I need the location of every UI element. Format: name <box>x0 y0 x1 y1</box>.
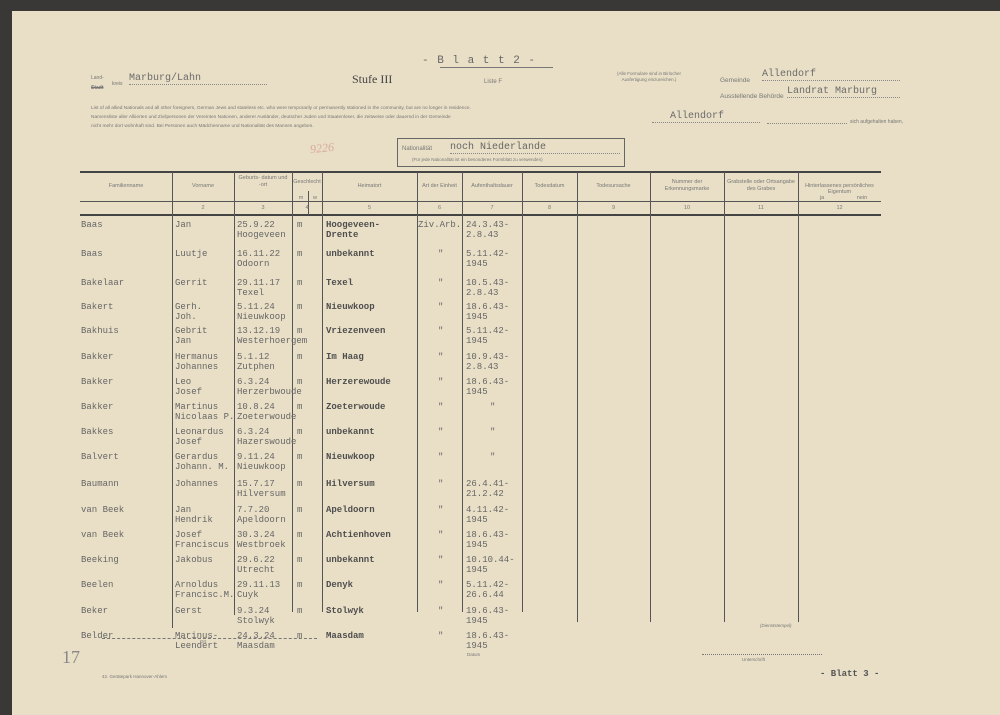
col-divider <box>798 172 799 622</box>
behoerde-value: Landrat Marburg <box>787 86 900 98</box>
unit-cell: " <box>438 352 443 362</box>
unit-cell: " <box>438 631 443 641</box>
blatt-underline <box>440 67 553 68</box>
stay-cell: 10.5.43- <box>466 278 509 288</box>
stay-cell-2: 1945 <box>466 259 488 269</box>
surname-cell: Bakker <box>81 402 113 412</box>
firstname-cell: Leonardus <box>175 427 224 437</box>
firstname-cell: Gerst <box>175 606 202 616</box>
surname-cell: Beeking <box>81 555 119 565</box>
col-num: 9 <box>577 205 650 211</box>
blatt-number: - B l a t t 2 - <box>422 55 536 67</box>
unterschrift-label: Unterschrift <box>742 656 765 664</box>
stay-cell-2: 1945 <box>466 336 488 346</box>
sex-cell: m <box>297 580 302 590</box>
kreis-prefix-bottom: Stadt <box>91 85 104 91</box>
stay-cell: 24.3.43- <box>466 220 509 230</box>
col-divider <box>417 172 418 612</box>
handwritten-reference: 9226 <box>309 140 334 157</box>
hometown-cell: Nieuwkoop <box>326 302 375 312</box>
firstname-cell: Gebrit <box>175 326 207 336</box>
birth-place-cell: Stolwyk <box>237 616 275 626</box>
birth-place-cell: Hoogeveen <box>237 230 286 240</box>
col-divider <box>172 172 173 628</box>
col-header-surname: Familienname <box>80 183 172 189</box>
hometown-cell: Nieuwkoop <box>326 452 375 462</box>
ort-line <box>102 638 317 639</box>
birth-date-cell: 29.11.17 <box>237 278 280 288</box>
firstname-cell: Marinus- <box>175 631 218 641</box>
surname-cell: Bakker <box>81 377 113 387</box>
col-num: 4 <box>292 205 322 211</box>
sex-cell: m <box>297 427 302 437</box>
hometown-cell: Hoogeveen- <box>326 220 380 230</box>
col-header-death-cause: Todesursache <box>577 183 650 189</box>
intro-line-3: nicht mehr dort wohnhaft sind. Bei Perso… <box>91 122 811 131</box>
birth-date-cell: 9.3.24 <box>237 606 269 616</box>
birth-date-cell: 6.3.24 <box>237 377 269 387</box>
col-header-sex-m: m <box>295 195 307 201</box>
gemeinde-label: Gemeinde <box>720 77 750 84</box>
col-header-stay: Aufenthaltsdauer <box>462 183 522 189</box>
firstname-cell-2: Nicolaas P. <box>175 412 234 422</box>
stay-cell-2: 1945 <box>466 616 488 626</box>
birth-place-cell: Utrecht <box>237 565 275 575</box>
place-suffix: sich aufgehalten haben, <box>850 119 903 125</box>
surname-cell: Beker <box>81 606 108 616</box>
unit-cell: " <box>438 302 443 312</box>
surname-cell: Belder <box>81 631 113 641</box>
stay-cell: 10.10.44- <box>466 555 515 565</box>
birth-place-cell: Hazerswoude <box>237 437 296 447</box>
unit-cell: " <box>438 606 443 616</box>
sex-cell: m <box>297 479 302 489</box>
stay-cell: 4.11.42- <box>466 505 509 515</box>
stay-cell: 18.6.43- <box>466 631 509 641</box>
stufe-title: Stufe III <box>352 72 392 87</box>
signature-line <box>702 654 822 655</box>
col-divider <box>650 172 651 622</box>
stay-cell: 26.4.41- <box>466 479 509 489</box>
birth-date-cell: 15.7.17 <box>237 479 275 489</box>
firstname-cell-2: Hendrik <box>175 515 213 525</box>
col-divider <box>724 172 725 622</box>
nationality-box: Nationalität noch Niederlande (Für jede … <box>397 138 625 167</box>
birth-date-cell: 6.3.24 <box>237 427 269 437</box>
col-header-grave: Grabstelle oder Ortsangabe des Grabes <box>726 179 796 193</box>
firstname-cell: Arnoldus <box>175 580 218 590</box>
firstname-cell: Josef <box>175 530 202 540</box>
stay-cell-2: 26.6.44 <box>466 590 504 600</box>
hometown-cell: Zoeterwoude <box>326 402 385 412</box>
ort-label: Ort <box>200 638 206 646</box>
unit-cell: " <box>438 580 443 590</box>
hometown-cell: Apeldoorn <box>326 505 375 515</box>
nationality-value: noch Niederlande <box>450 142 620 154</box>
birth-date-cell: 9.11.24 <box>237 452 275 462</box>
col-header-property-ja: ja <box>812 195 832 201</box>
col-num: 8 <box>522 205 577 211</box>
birth-place-cell: Herzerbwoude <box>237 387 302 397</box>
stay-cell-2: 21.2.42 <box>466 489 504 499</box>
place-value: Allendorf <box>652 111 760 123</box>
firstname-cell: Jan <box>175 220 191 230</box>
birth-date-cell: 7.7.20 <box>237 505 269 515</box>
col-divider <box>322 172 323 612</box>
col-header-sex-w: w <box>309 195 321 201</box>
datum-label: Datum <box>467 651 480 659</box>
unit-cell: " <box>438 479 443 489</box>
behoerde-label: Ausstellende Behörde <box>720 93 784 100</box>
birth-place-cell: Maasdam <box>237 641 275 651</box>
birth-date-cell: 29.6.22 <box>237 555 275 565</box>
stay-cell-2: 2.8.43 <box>466 362 498 372</box>
surname-cell: Bakhuis <box>81 326 119 336</box>
surname-cell: Bakker <box>81 352 113 362</box>
col-header-tag-number: Nummer der Erkennungsmarke <box>652 179 722 193</box>
col-num: 11 <box>724 205 798 211</box>
firstname-cell-2: Leendert <box>175 641 218 651</box>
stay-cell: 5.11.42- <box>466 249 509 259</box>
birth-place-cell: Nieuwkoop <box>237 312 286 322</box>
sex-cell: m <box>297 249 302 259</box>
firstname-cell-2: Francisc.M. <box>175 590 234 600</box>
firstname-cell: Gerardus <box>175 452 218 462</box>
sex-cell: m <box>297 220 302 230</box>
hometown-cell: Hilversum <box>326 479 375 489</box>
sex-cell: m <box>297 606 302 616</box>
birth-date-cell: 24.3.24 <box>237 631 275 641</box>
nationality-note: (Für jede Nationalität ist ein besondere… <box>412 156 543 164</box>
stay-cell: " <box>490 402 495 412</box>
birth-date-cell: 10.8.24 <box>237 402 275 412</box>
firstname-cell-2: Johannes <box>175 362 218 372</box>
unit-cell: " <box>438 326 443 336</box>
stay-cell: 18.6.43- <box>466 377 509 387</box>
unit-cell: Ziv.Arb. <box>418 220 461 230</box>
firstname-cell: Martinus <box>175 402 218 412</box>
stay-cell: 19.6.43- <box>466 606 509 616</box>
col-header-hometown: Heimatort <box>322 183 417 189</box>
firstname-cell-2: Johann. M. <box>175 462 229 472</box>
stay-cell-2: 1945 <box>466 641 488 651</box>
stay-cell-2: 1945 <box>466 387 488 397</box>
col-header-firstname: Vorname <box>172 183 234 189</box>
col-header-property-nein: nein <box>852 195 872 201</box>
sex-cell: m <box>297 505 302 515</box>
birth-place-cell: Odoorn <box>237 259 269 269</box>
note-line-2: Ausfertigung einzureichen.) <box>594 77 704 83</box>
table-top-border <box>80 171 881 173</box>
sex-cell: m <box>297 278 302 288</box>
surname-cell: Bakelaar <box>81 278 124 288</box>
stay-cell: 18.6.43- <box>466 302 509 312</box>
stay-cell-2: 1945 <box>466 565 488 575</box>
nationality-label: Nationalität <box>402 146 432 152</box>
sex-cell: m <box>297 555 302 565</box>
firstname-cell: Jan <box>175 505 191 515</box>
stay-cell: " <box>490 427 495 437</box>
surname-cell: Balvert <box>81 452 119 462</box>
unit-cell: " <box>438 530 443 540</box>
unit-cell: " <box>438 427 443 437</box>
surname-cell: van Beek <box>81 505 124 515</box>
place-blank <box>767 123 847 124</box>
hometown-cell: Denyk <box>326 580 353 590</box>
stay-cell-2: 2.8.43 <box>466 230 498 240</box>
kreis-label: kreis <box>112 81 123 87</box>
birth-place-cell: Westerhoergem <box>237 336 307 346</box>
hometown-cell: Im Haag <box>326 352 364 362</box>
sex-cell: m <box>297 377 302 387</box>
stay-cell-2: 1945 <box>466 515 488 525</box>
col-divider <box>234 172 235 615</box>
liste-label: Liste F <box>484 79 502 85</box>
unit-cell: " <box>438 505 443 515</box>
col-num: 6 <box>417 205 462 211</box>
sex-cell: m <box>297 352 302 362</box>
unit-cell: " <box>438 278 443 288</box>
sex-cell: m <box>297 631 302 641</box>
col-divider <box>577 172 578 622</box>
firstname-cell: Hermanus <box>175 352 218 362</box>
hometown-cell: Vriezenveen <box>326 326 385 336</box>
firstname-cell: Johannes <box>175 479 218 489</box>
firstname-cell: Luutje <box>175 249 207 259</box>
header-bottom-border <box>80 214 881 216</box>
handwritten-page-number: 17 <box>62 647 80 668</box>
birth-date-cell: 13.12.19 <box>237 326 280 336</box>
surname-cell: Baas <box>81 249 103 259</box>
firstname-cell-2: Josef <box>175 437 202 447</box>
header-divider <box>80 201 881 202</box>
firstname-cell-2: Josef <box>175 387 202 397</box>
hometown-cell: unbekannt <box>326 427 375 437</box>
col-header-sex: Geschlecht <box>292 179 322 185</box>
hometown-cell: Texel <box>326 278 353 288</box>
kreis-value: Marburg/Lahn <box>129 73 267 85</box>
surname-cell: Bakert <box>81 302 113 312</box>
stay-cell: 18.6.43- <box>466 530 509 540</box>
col-num: 10 <box>650 205 724 211</box>
birth-place-cell: Apeldoorn <box>237 515 286 525</box>
birth-date-cell: 30.3.24 <box>237 530 275 540</box>
stay-cell-2: 1945 <box>466 540 488 550</box>
stay-cell: 5.11.42- <box>466 326 509 336</box>
sex-cell: m <box>297 530 302 540</box>
sex-cell: m <box>297 402 302 412</box>
hometown-cell: Herzerewoude <box>326 377 391 387</box>
hometown-cell: unbekannt <box>326 249 375 259</box>
gemeinde-value: Allendorf <box>762 69 900 81</box>
sex-cell: m <box>297 326 302 336</box>
birth-place-cell: Cuyk <box>237 590 259 600</box>
next-blatt: - Blatt 3 - <box>820 669 879 679</box>
birth-place-cell: Texel <box>237 288 264 298</box>
col-header-birth: Geburts- datum und -ort <box>238 175 288 189</box>
birth-place-cell: Nieuwkoop <box>237 462 286 472</box>
stay-cell: " <box>490 452 495 462</box>
firstname-cell-2: Jan <box>175 336 191 346</box>
stay-cell-2: 2.8.43 <box>466 288 498 298</box>
kreis-prefix-top: Land- <box>91 75 104 81</box>
surname-cell: van Beek <box>81 530 124 540</box>
birth-date-cell: 29.11.13 <box>237 580 280 590</box>
submission-note: (Alle Formulare sind in Birlocher Ausfer… <box>594 71 704 83</box>
col-header-unit: Art der Einheit <box>417 183 462 189</box>
hometown-cell: unbekannt <box>326 555 375 565</box>
hometown-cell: Maasdam <box>326 631 364 641</box>
surname-cell: Beelen <box>81 580 113 590</box>
col-num: 2 <box>172 205 234 211</box>
stay-cell: 10.9.43- <box>466 352 509 362</box>
col-divider <box>462 172 463 612</box>
stay-cell-2: 1945 <box>466 312 488 322</box>
birth-place-cell: Zoeterwoude <box>237 412 296 422</box>
col-header-death-date: Todesdatum <box>522 183 577 189</box>
unit-cell: " <box>438 402 443 412</box>
document-page: - B l a t t 2 - Land- Stadt kreis Marbur… <box>12 11 1000 715</box>
birth-date-cell: 16.11.22 <box>237 249 280 259</box>
birth-date-cell: 5.1.12 <box>237 352 269 362</box>
birth-place-cell: Zutphen <box>237 362 275 372</box>
unit-cell: " <box>438 555 443 565</box>
firstname-cell: Jakobus <box>175 555 213 565</box>
sex-cell: m <box>297 452 302 462</box>
firstname-cell: Gerrit <box>175 278 207 288</box>
col-num: 3 <box>234 205 292 211</box>
unit-cell: " <box>438 452 443 462</box>
birth-date-cell: 5.11.24 <box>237 302 275 312</box>
printer-note: 42. Gerätepark Hannover-Ahlem <box>102 673 167 681</box>
hometown-cell-2: Drente <box>326 230 358 240</box>
hometown-cell: Achtienhoven <box>326 530 391 540</box>
firstname-cell-2: Franciscus <box>175 540 229 550</box>
birth-place-cell: Westbroek <box>237 540 286 550</box>
surname-cell: Bakkes <box>81 427 113 437</box>
firstname-cell: Leo <box>175 377 191 387</box>
hometown-cell: Stolwyk <box>326 606 364 616</box>
unit-cell: " <box>438 377 443 387</box>
birth-place-cell: Hilversum <box>237 489 286 499</box>
firstname-cell-2: Joh. <box>175 312 197 322</box>
col-num: 7 <box>462 205 522 211</box>
surname-cell: Baumann <box>81 479 119 489</box>
birth-date-cell: 25.9.22 <box>237 220 275 230</box>
surname-cell: Baas <box>81 220 103 230</box>
col-num: 5 <box>322 205 417 211</box>
sex-cell: m <box>297 302 302 312</box>
firstname-cell: Gerh. <box>175 302 202 312</box>
col-header-property: Hinterlassenes persönliches Eigentum <box>798 183 881 195</box>
col-divider <box>522 172 523 612</box>
col-num: 12 <box>798 205 881 211</box>
unit-cell: " <box>438 249 443 259</box>
stempel-label: (Dienststempel) <box>760 622 792 630</box>
stay-cell: 5.11.42- <box>466 580 509 590</box>
